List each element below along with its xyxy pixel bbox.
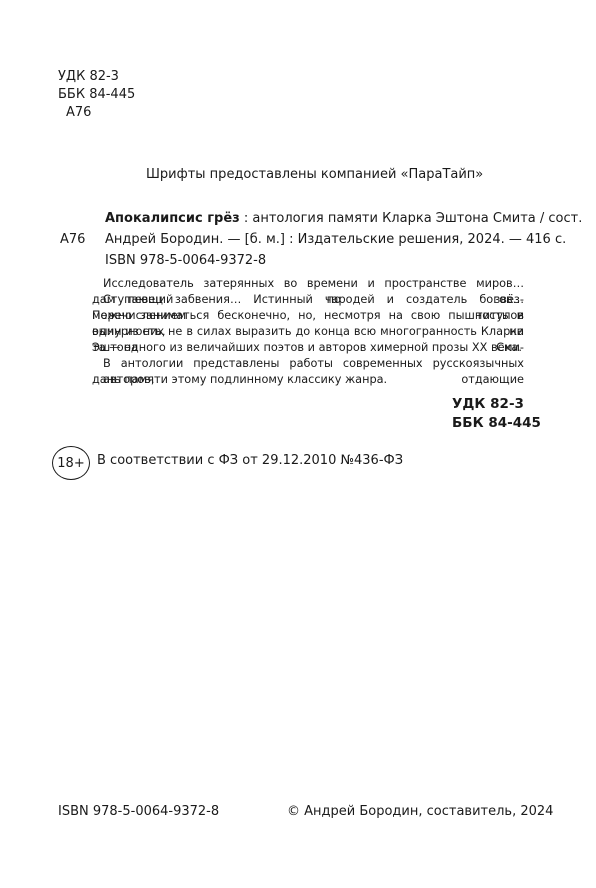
- classification-codes-top: УДК 82-3 ББК 84-445 А76: [58, 68, 135, 122]
- bbk-code: ББК 84-445: [58, 86, 135, 104]
- book-title: Апокалипсис грёз: [105, 211, 240, 226]
- biblio-line-1: Апокалипсис грёз : антология памяти Клар…: [105, 210, 582, 228]
- annotation: Исследователь затерянных во времени и пр…: [92, 276, 524, 388]
- annotation-line: В антологии представлены работы современ…: [92, 356, 524, 372]
- annotation-line: дам певец забвения… Истинный чародей и с…: [92, 292, 524, 308]
- book-subtitle: : антология памяти Кларка Эштона Смита /…: [240, 211, 583, 226]
- age-rating-badge: 18+: [52, 446, 90, 480]
- biblio-author-mark: А76: [60, 231, 85, 249]
- footer-isbn: ISBN 978-5-0064-9372-8: [58, 803, 219, 821]
- bbk-code-bottom: ББК 84-445: [452, 414, 541, 433]
- annotation-line: можно заниматься бесконечно, но, несмотр…: [92, 308, 524, 324]
- age-rating-law: В соответствии с ФЗ от 29.12.2010 №436-Ф…: [97, 453, 403, 468]
- udk-code: УДК 82-3: [58, 68, 135, 86]
- author-mark: А76: [58, 104, 135, 122]
- udk-code-bottom: УДК 82-3: [452, 395, 541, 414]
- footer-copyright: © Андрей Бородин, составитель, 2024: [287, 803, 553, 821]
- classification-codes-bottom: УДК 82-3 ББК 84-445: [452, 395, 541, 433]
- biblio-isbn: ISBN 978-5-0064-9372-8: [105, 252, 266, 270]
- biblio-line-2: Андрей Бородин. — [б. м.] : Издательские…: [105, 231, 566, 249]
- fonts-credit: Шрифты предоставлены компанией «ПараТайп…: [146, 166, 483, 184]
- annotation-line: один из них не в силах выразить до конца…: [92, 324, 524, 340]
- annotation-line: Исследователь затерянных во времени и пр…: [92, 276, 524, 292]
- annotation-line: та — одного из величайших поэтов и автор…: [92, 340, 524, 356]
